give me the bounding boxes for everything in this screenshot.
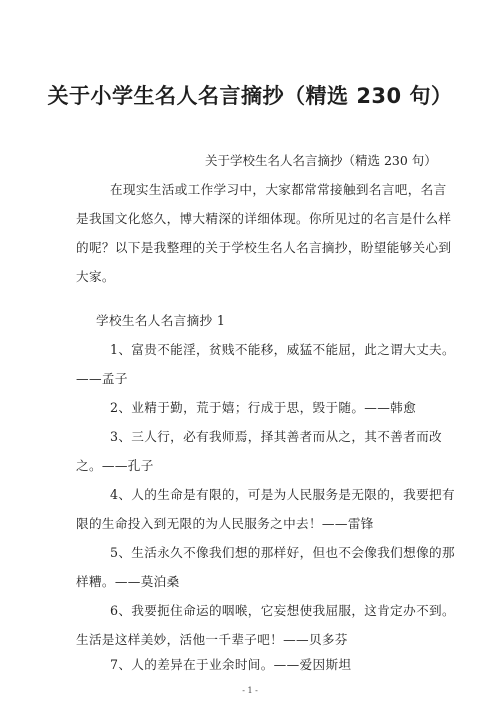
intro-line: 在现实生活或工作学习中，大家都常常接触到名言吧，名言 [110, 179, 447, 198]
quote-line: 样糟。——莫泊桑 [76, 571, 180, 590]
section-heading: 学校生名人名言摘抄 1 [96, 310, 225, 329]
quote-line: 5、生活永久不像我们想的那样好，但也不会像我们想像的那 [110, 542, 455, 561]
quote-line: 6、我要扼住命运的咽喉，它妄想使我屈服，这肯定办不到。 [110, 600, 455, 619]
quote-line: 3、三人行，必有我师焉，择其善者而从之，其不善者而改 [110, 426, 442, 445]
quote-line: 2、业精于勤，荒于嬉；行成于思，毁于随。——韩愈 [110, 397, 416, 416]
quote-line: 限的生命投入到无限的为人民服务之中去！——雷锋 [76, 513, 374, 532]
quote-line: 4、人的生命是有限的，可是为人民服务是无限的，我要把有 [110, 484, 455, 503]
quote-line: 1、富贵不能淫，贫贱不能移，威猛不能屈，此之谓大丈夫。 [110, 339, 455, 358]
document-page: 关于小学生名人名言摘抄（精选 230 句） 关于学校生名人名言摘抄（精选 230… [0, 0, 500, 707]
document-title: 关于小学生名人名言摘抄（精选 230 句） [0, 80, 500, 110]
quote-line: 之。——孔子 [76, 455, 154, 474]
document-subtitle: 关于学校生名人名言摘抄（精选 230 句） [205, 151, 437, 169]
quote-author: ——孟子 [76, 368, 128, 387]
intro-line: 是我国文化悠久，博大精深的详细体现。你所见过的名言是什么样 [76, 208, 451, 227]
quote-line: 7、人的差异在于业余时间。——爱因斯坦 [110, 654, 351, 673]
page-number: - 1 - [0, 686, 500, 695]
intro-line: 的呢？以下是我整理的关于学校生名人名言摘抄，盼望能够关心到 [76, 237, 451, 256]
intro-line: 大家。 [76, 266, 115, 285]
quote-line: 生活是这样美妙，活他一千辈子吧！——贝多芬 [76, 629, 348, 648]
